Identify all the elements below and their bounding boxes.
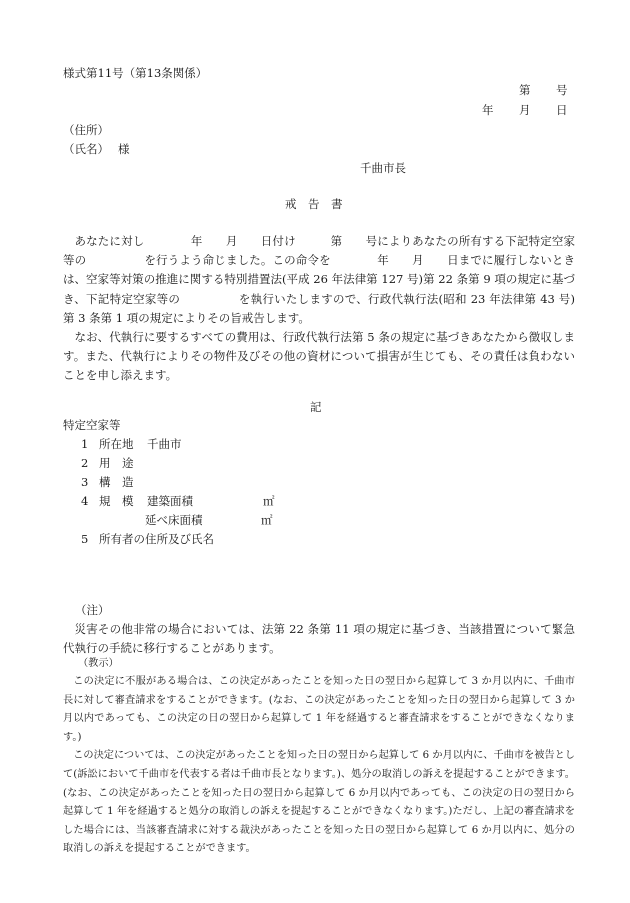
- item-number: 5: [81, 530, 88, 549]
- item-label: 規 模: [99, 492, 134, 511]
- item-label: 所在地: [99, 435, 134, 454]
- document-title: 戒 告 書: [285, 195, 343, 214]
- issuer: 千曲市長: [360, 159, 406, 178]
- note-text: 災害その他非常の場合においては、法第 22 条第 11 項の規定に基づき、当該措…: [63, 620, 575, 658]
- note-paragraph: 災害その他非常の場合においては、法第 22 条第 11 項の規定に基づき、当該措…: [63, 620, 575, 658]
- date-month: 月: [519, 101, 531, 120]
- name-label: （氏名）: [63, 140, 109, 159]
- reference-dai: 第: [519, 81, 531, 100]
- item-value: 千曲市: [147, 435, 182, 454]
- item-number: 1: [81, 435, 88, 454]
- item-number: 2: [81, 454, 88, 473]
- item-value: 延べ床面積: [145, 511, 203, 530]
- instruction-paragraph-2: この決定については、この決定があったことを知った日の翌日から起算して 6 か月以…: [63, 747, 575, 859]
- instruction-paragraph-1: この決定に不服がある場合は、この決定があったことを知った日の翌日から起算して 3…: [63, 673, 575, 747]
- item-label: 用 途: [99, 454, 134, 473]
- body-text: あなたに対し 年 月 日付け 第 号によりあなたの所有する下記特定空家等の を行…: [63, 232, 575, 386]
- name-suffix: 様: [118, 140, 130, 159]
- instruction-text: この決定に不服がある場合は、この決定があったことを知った日の翌日から起算して 3…: [63, 673, 575, 859]
- item-unit: ㎡: [261, 511, 273, 530]
- reference-go: 号: [556, 81, 568, 100]
- item-number: 4: [81, 492, 88, 511]
- instruction-heading: （教示）: [78, 655, 119, 674]
- date-day: 日: [556, 101, 568, 120]
- date-year: 年: [482, 101, 494, 120]
- body-paragraph-2: なお、代執行に要するすべての費用は、行政代執行法第 5 条の規定に基づきあなたか…: [63, 328, 575, 386]
- form-number: 様式第11号（第13条関係）: [63, 64, 207, 83]
- item-value: 建築面積: [147, 492, 193, 511]
- note-heading: （注）: [75, 601, 110, 620]
- property-heading: 特定空家等: [63, 416, 121, 435]
- item-label: 所有者の住所及び氏名: [99, 530, 214, 549]
- ki-marker: 記: [310, 398, 322, 417]
- item-number: 3: [81, 473, 88, 492]
- item-unit: ㎡: [263, 492, 275, 511]
- address-label: （住所）: [63, 121, 109, 140]
- item-label: 構 造: [99, 473, 134, 492]
- body-paragraph-1: あなたに対し 年 月 日付け 第 号によりあなたの所有する下記特定空家等の を行…: [63, 232, 575, 328]
